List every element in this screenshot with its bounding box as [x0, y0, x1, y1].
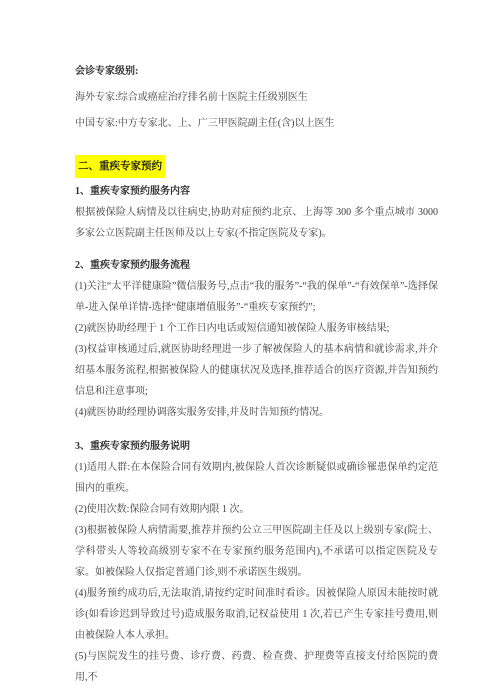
document-page: 会诊专家级别: 海外专家:综合或癌症治疗排名前十医院主任级别医生 中国专家:中方… — [0, 0, 495, 700]
intro-line-overseas-expert: 海外专家:综合或癌症治疗排名前十医院主任级别医生 — [75, 87, 438, 108]
subsection-3-note-3: (3)根据被保险人病情需要,推荐并预约公立三甲医院副主任及以上级别专家(院士、学… — [75, 520, 438, 583]
subsection-3-note-4: (4)服务预约成功后,无法取消,请按约定时间准时看诊。因被保险人原因未能按时就诊… — [75, 583, 438, 646]
subsection-1-heading: 1、重疾专家预约服务内容 — [75, 181, 438, 202]
subsection-3-note-2: (2)使用次数:保险合同有效期内限 1 次。 — [75, 499, 438, 520]
subsection-2-step-3: (3)权益审核通过后,就医协助经理进一步了解被保险人的基本病情和就诊需求,并介绍… — [75, 339, 438, 402]
subsection-2-heading: 2、重疾专家预约服务流程 — [75, 255, 438, 276]
intro-line-china-expert: 中国专家:中方专家北、上、广三甲医院副主任(含)以上医生 — [75, 113, 438, 134]
subsection-3-heading: 3、重疾专家预约服务说明 — [75, 436, 438, 457]
subsection-3-note-5: (5)与医院发生的挂号费、诊疗费、药费、检查费、护理费等直接支付给医院的费用,不 — [75, 646, 438, 688]
subsection-1-paragraph-1: 根据被保险人病情及以往病史,协助对症预约北京、上海等 300 多个重点城市 30… — [75, 202, 438, 244]
section-title-highlight: 二、重疾专家预约 — [75, 155, 165, 178]
section-title-row: 二、重疾专家预约 — [75, 155, 438, 178]
subsection-2-step-4: (4)就医协助经理协调落实服务安排,并及时告知预约情况。 — [75, 402, 438, 423]
subsection-2-step-2: (2)就医协助经理于 1 个工作日内电话或短信通知被保险人服务审核结果; — [75, 318, 438, 339]
subsection-2-step-1: (1)关注“太平洋健康险”微信服务号,点击“我的服务”-“我的保单”-“有效保单… — [75, 276, 438, 318]
subsection-3-note-1: (1)适用人群:在本保险合同有效期内,被保险人首次诊断疑似或确诊罹患保单约定范围… — [75, 457, 438, 499]
intro-heading: 会诊专家级别: — [75, 61, 438, 82]
document-content: 会诊专家级别: 海外专家:综合或癌症治疗排名前十医院主任级别医生 中国专家:中方… — [75, 61, 438, 688]
